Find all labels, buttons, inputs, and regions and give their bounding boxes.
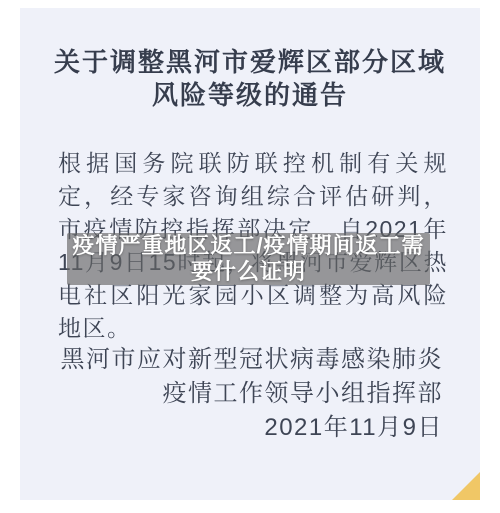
signature-line2: 疫情工作领导小组指挥部 bbox=[58, 377, 443, 411]
watermark-line1: 疫情严重地区返工/疫情期间返工需 bbox=[67, 233, 430, 259]
notice-title-line1: 关于调整黑河市爱辉区部分区域 bbox=[20, 46, 480, 79]
signature-line1: 黑河市应对新型冠状病毒感染肺炎 bbox=[58, 343, 443, 377]
corner-triangle-decoration bbox=[452, 472, 480, 500]
watermark-line2: 要什么证明 bbox=[67, 259, 430, 285]
notice-title: 关于调整黑河市爱辉区部分区域 风险等级的通告 bbox=[20, 46, 480, 112]
notice-card: 关于调整黑河市爱辉区部分区域 风险等级的通告 根据国务院联防联控机制有关规定，经… bbox=[20, 8, 480, 500]
signature-block: 黑河市应对新型冠状病毒感染肺炎 疫情工作领导小组指挥部 2021年11月9日 bbox=[58, 343, 443, 445]
notice-date: 2021年11月9日 bbox=[58, 411, 443, 445]
notice-title-line2: 风险等级的通告 bbox=[20, 79, 480, 112]
watermark-overlay: 疫情严重地区返工/疫情期间返工需 要什么证明 bbox=[67, 233, 430, 285]
notice-image: 关于调整黑河市爱辉区部分区域 风险等级的通告 根据国务院联防联控机制有关规定，经… bbox=[0, 0, 500, 513]
